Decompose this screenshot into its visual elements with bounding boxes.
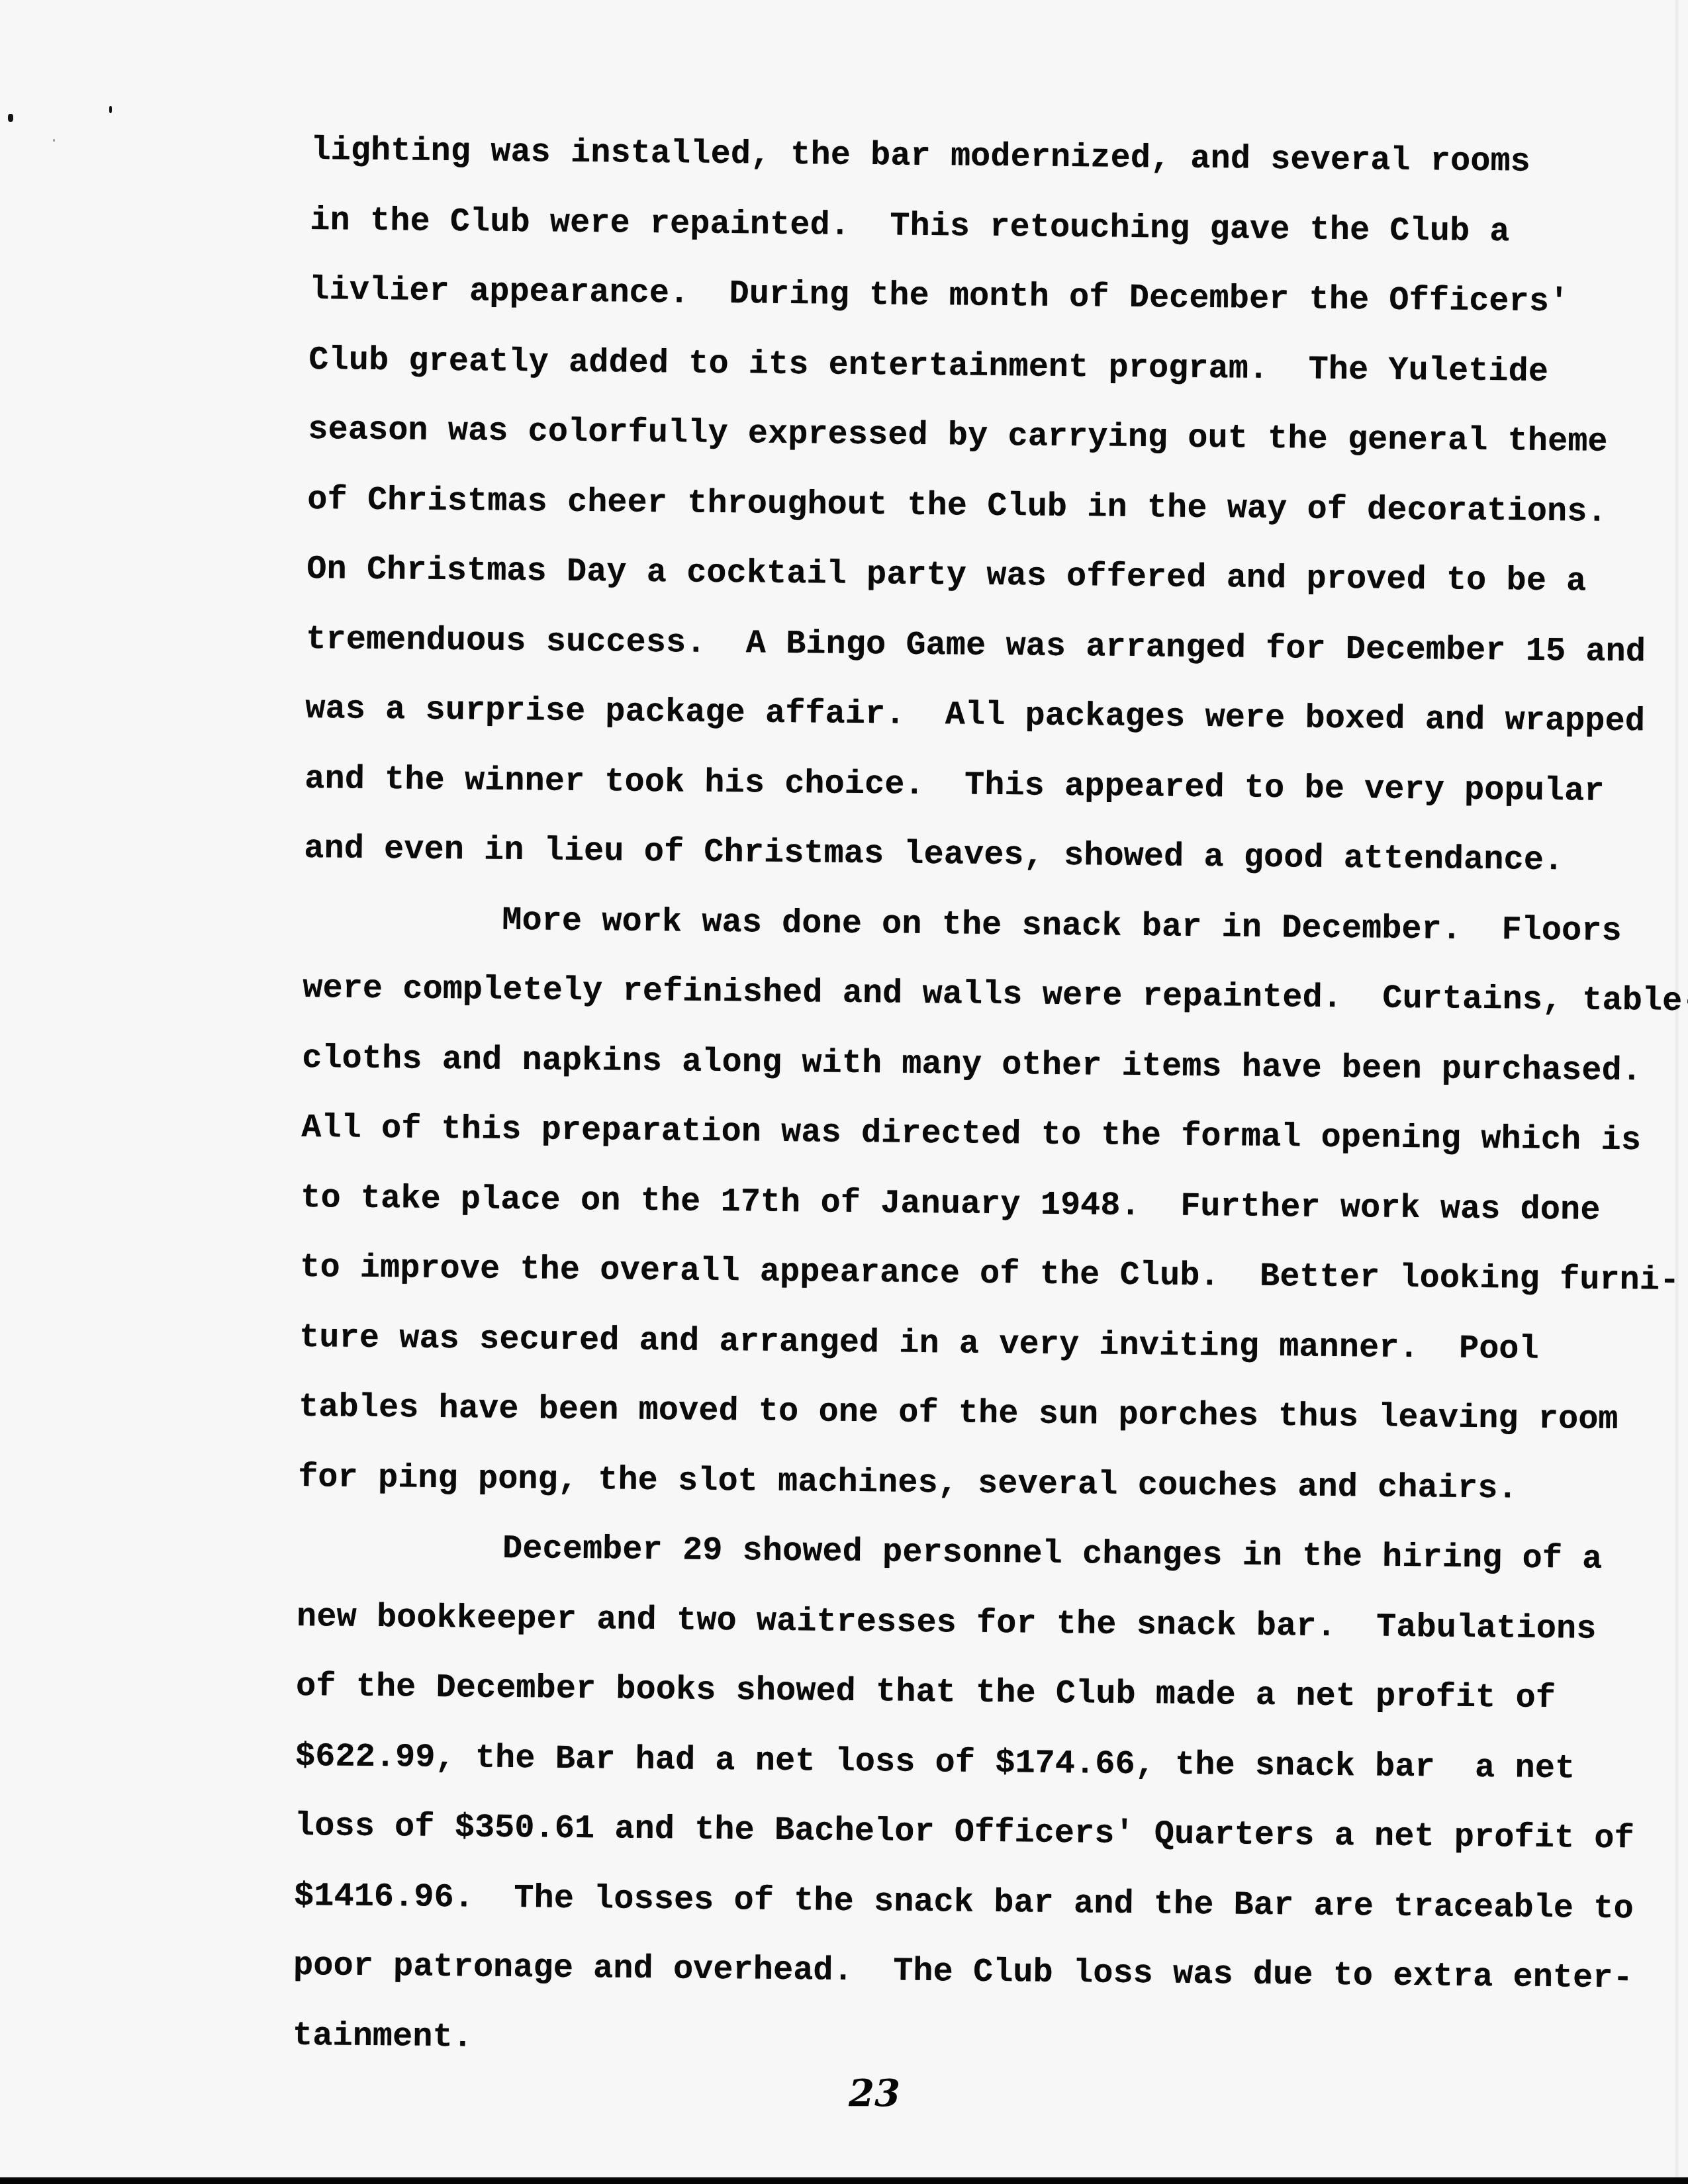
text-line: tables have been moved to one of the sun…: [299, 1373, 1590, 1455]
body-text: lighting was installed, the bar moderniz…: [293, 116, 1602, 2083]
text-line: of the December books showed that the Cl…: [296, 1652, 1587, 1734]
scan-speck: [109, 106, 112, 113]
text-line: On Christmas Day a cocktail party was of…: [306, 535, 1598, 617]
text-line: of Christmas cheer throughout the Club i…: [307, 465, 1599, 547]
text-line: new bookkeeper and two waitresses for th…: [297, 1582, 1588, 1664]
text-line: $622.99, the Bar had a net loss of $174.…: [295, 1721, 1587, 1803]
text-line: lighting was installed, the bar moderniz…: [310, 116, 1602, 198]
scan-edge-shadow: [1675, 0, 1679, 2177]
text-line: season was colorfully expressed by carry…: [308, 395, 1599, 477]
text-line: to improve the overall appearance of the…: [300, 1233, 1591, 1315]
text-line: tainment.: [293, 2001, 1584, 2083]
paragraph-start-line: December 29 showed personnel changes in …: [297, 1512, 1589, 1594]
scan-bottom-border: [0, 2177, 1688, 2184]
scan-speck: [53, 139, 55, 142]
document-page: lighting was installed, the bar moderniz…: [0, 0, 1688, 2177]
text-line: tremenduous success. A Bingo Game was ar…: [306, 604, 1597, 686]
text-line: $1416.96. The losses of the snack bar an…: [294, 1861, 1585, 1943]
text-line: to take place on the 17th of January 194…: [301, 1163, 1592, 1245]
text-line: for ping pong, the slot machines, severa…: [298, 1442, 1589, 1524]
text-line: livlier appearance. During the month of …: [309, 255, 1601, 338]
text-line: ture was secured and arranged in a very …: [299, 1302, 1591, 1385]
text-line: was a surprise package affair. All packa…: [305, 674, 1597, 756]
scan-speck: [8, 114, 13, 122]
paragraph-start-line: More work was done on the snack bar in D…: [303, 884, 1595, 966]
text-line: were completely refinished and walls wer…: [303, 954, 1594, 1036]
text-line: loss of $350.61 and the Bachelor Officer…: [295, 1792, 1586, 1874]
text-line: All of this preparation was directed to …: [301, 1093, 1593, 1175]
text-line: poor patronage and overhead. The Club lo…: [293, 1931, 1585, 2013]
text-line: and the winner took his choice. This app…: [305, 744, 1596, 826]
text-line: and even in lieu of Christmas leaves, sh…: [304, 814, 1595, 896]
text-line: Club greatly added to its entertainment …: [308, 325, 1600, 407]
text-line: cloths and napkins along with many other…: [302, 1023, 1593, 1105]
text-line: in the Club were repainted. This retouch…: [310, 185, 1601, 267]
page-number: 23: [849, 2071, 900, 2115]
